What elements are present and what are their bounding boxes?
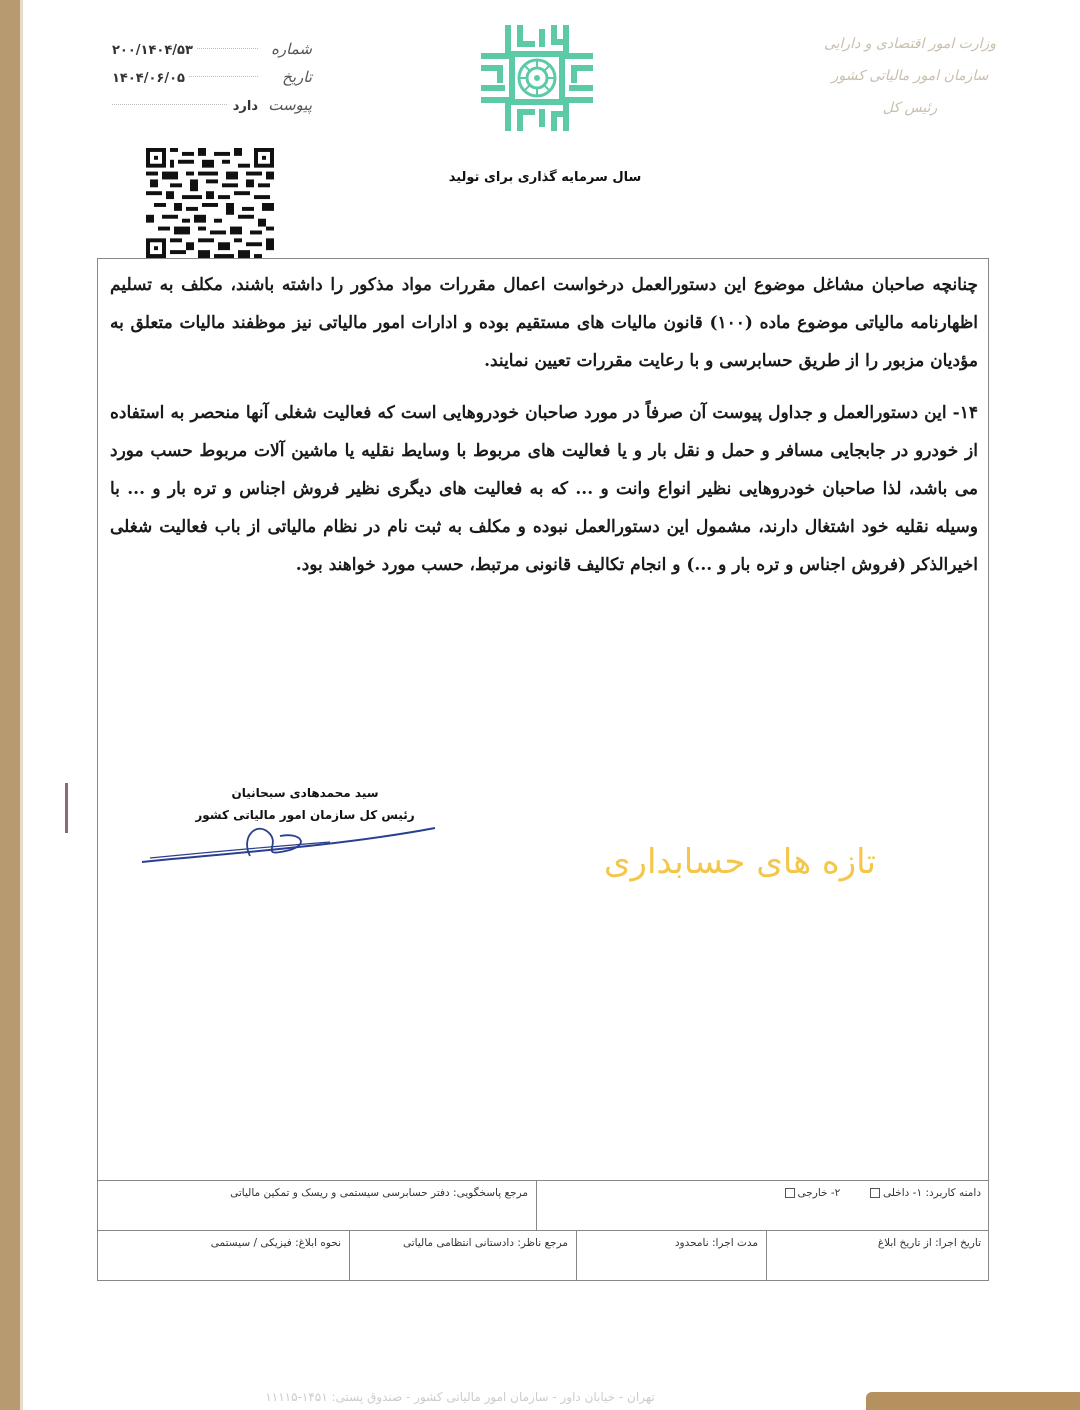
paragraph-14: ۱۴- این دستورالعمل و جداول پیوست آن صرفا… <box>110 394 978 584</box>
number-row: شماره ۲۰۰/۱۴۰۴/۵۳ <box>112 30 312 58</box>
supervisor-cell: مرجع ناظر: دادستانی انتظامی مالیاتی <box>350 1231 577 1281</box>
org-line-organization: سازمان امور مالیاتی کشور <box>800 60 1020 92</box>
signer-name: سید محمدهادی سبحانیان <box>140 786 440 800</box>
scope-external-label: ۲- خارجی <box>798 1187 841 1199</box>
attachment-label: پیوست <box>264 96 312 114</box>
org-line-title: رئیس کل <box>800 92 1020 124</box>
attachment-value: دارد <box>233 99 258 114</box>
external-checkbox[interactable] <box>785 1188 795 1198</box>
motto: سال سرمایه گذاری برای تولید <box>440 170 650 185</box>
footer-row-2: تاریخ اجرا: از تاریخ ابلاغ مدت اجرا: نام… <box>97 1230 989 1281</box>
signature-icon <box>140 806 440 866</box>
date-row: تاریخ ۱۴۰۴/۰۶/۰۵ <box>112 58 312 86</box>
date-value: ۱۴۰۴/۰۶/۰۵ <box>112 71 185 86</box>
internal-checkbox[interactable] <box>870 1188 880 1198</box>
paper-edge-shadow <box>20 0 23 1410</box>
supervisor-ref: مرجع ناظر: دادستانی انتظامی مالیاتی <box>403 1237 568 1249</box>
paper-edge-bottom <box>866 1392 1080 1410</box>
letter-meta: شماره ۲۰۰/۱۴۰۴/۵۳ تاریخ ۱۴۰۴/۰۶/۰۵ پیوست… <box>112 30 312 114</box>
watermark-text: تازه های حسابداری <box>556 842 876 882</box>
paragraph-1: چنانچه صاحبان مشاغل موضوع این دستورالعمل… <box>110 266 978 380</box>
footer-address: تهران - خیابان داور - سازمان امور مالیات… <box>150 1390 770 1404</box>
org-line-ministry: وزارت امور اقتصادی و دارایی <box>800 28 1020 60</box>
dotted-line <box>197 48 258 49</box>
effective-date-cell: تاریخ اجرا: از تاریخ ابلاغ <box>767 1231 989 1281</box>
number-value: ۲۰۰/۱۴۰۴/۵۳ <box>112 43 193 58</box>
margin-mark <box>65 783 68 833</box>
qr-code-icon <box>146 148 274 258</box>
footer-row-1: دامنه کاربرد: ۱- داخلی ۲- خارجی مرجع پاس… <box>97 1180 989 1230</box>
scope-label: دامنه کاربرد: ۱- داخلی <box>883 1187 981 1199</box>
signature-block: سید محمدهادی سبحانیان رئیس کل سازمان امو… <box>140 786 440 822</box>
duration: مدت اجرا: نامحدود <box>675 1237 758 1249</box>
duration-cell: مدت اجرا: نامحدود <box>577 1231 767 1281</box>
organization-header: وزارت امور اقتصادی و دارایی سازمان امور … <box>800 28 1020 124</box>
effective-date: تاریخ اجرا: از تاریخ ابلاغ <box>878 1237 981 1249</box>
delivery-method: نحوه ابلاغ: فیزیکی / سیستمی <box>211 1237 341 1249</box>
dotted-line <box>189 76 258 77</box>
scope-cell: دامنه کاربرد: ۱- داخلی ۲- خارجی <box>537 1181 989 1230</box>
date-label: تاریخ <box>264 68 312 86</box>
number-label: شماره <box>264 40 312 58</box>
responsible-cell: مرجع پاسخگویی: دفتر حسابرسی سیستمی و ریس… <box>97 1181 537 1230</box>
attachment-row: پیوست دارد <box>112 86 312 114</box>
delivery-cell: نحوه ابلاغ: فیزیکی / سیستمی <box>97 1231 350 1281</box>
letter-body: چنانچه صاحبان مشاغل موضوع این دستورالعمل… <box>110 266 978 598</box>
paper-edge-left <box>0 0 20 1410</box>
responsible-ref: مرجع پاسخگویی: دفتر حسابرسی سیستمی و ریس… <box>230 1187 528 1199</box>
dotted-line <box>112 104 227 105</box>
tax-organization-logo-icon <box>478 22 596 134</box>
